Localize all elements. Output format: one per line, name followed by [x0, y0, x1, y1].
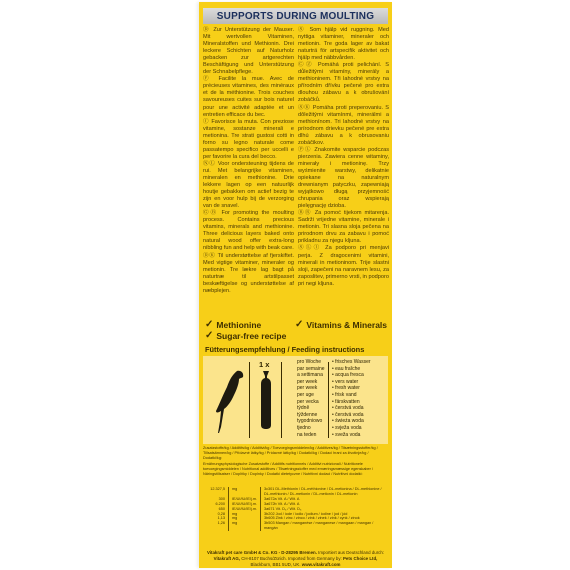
- divider-line: [249, 362, 250, 438]
- feeding-instructions-box: 1 x pro Woche par semaine a settimana pe…: [203, 356, 388, 444]
- divider-line: [328, 362, 329, 438]
- divider-line: [281, 362, 282, 438]
- description-it: Ⓘ Favorisce la muta. Con preziose vitami…: [203, 119, 294, 161]
- additives-header: Zusatzstoffe/kg / Additifs/kg / Additivi…: [203, 446, 388, 461]
- table-row: 1,26 mg 3b503 Mangan / manganèse / manga…: [203, 521, 388, 531]
- header-title: SUPPORTS DURING MOULTING: [217, 11, 374, 22]
- fresh-water-list: • frisches Wasser • eau fraîche • acqua …: [332, 359, 371, 438]
- description-en: ⒼⒷ For promoting the moulting process. C…: [203, 210, 294, 252]
- description-cz: ⒸⓏ Pomáhá proti pelichání. S důležitými …: [298, 62, 389, 104]
- feeding-instructions-title: Fütterungsempfehlung / Feeding instructi…: [205, 345, 364, 354]
- description-dk: ⒹⓀ Til understøttelse af fjerskiftet. Me…: [203, 253, 294, 295]
- description-se: Ⓢ Som hjälp vid ruggning. Med nyttiga vi…: [298, 27, 389, 62]
- feature-checklist: ✓ Methionine ✓ Vitamins & Minerals ✓ Sug…: [205, 319, 389, 341]
- nutritional-additives-header: Ernährungsphysiologische Zusatzstoffe / …: [203, 462, 388, 477]
- description-column-left: Ⓓ Zur Unterstützung der Mauser. Mit wert…: [203, 27, 294, 315]
- description-column-right: Ⓢ Som hjälp vid ruggning. Med nyttiga vi…: [298, 27, 389, 315]
- checkmark-icon: ✓: [295, 319, 303, 330]
- nutrition-table: 12.327,5 mg 3c301 DL-Methionin / DL-méth…: [203, 487, 388, 531]
- description-pl: ⓅⓁ Znakomite wsparcie podczas pierzenia.…: [298, 147, 389, 210]
- feature-vitamins-minerals: ✓ Vitamins & Minerals: [295, 319, 387, 330]
- company-name: Vitakraft pet care GmbH & Co. KG: [207, 550, 277, 555]
- checkmark-icon: ✓: [205, 319, 213, 330]
- treat-stick-icon: [261, 371, 271, 429]
- description-de: Ⓓ Zur Unterstützung der Mauser. Mit wert…: [203, 27, 294, 76]
- manufacturer-footer: Vitakraft pet care GmbH & Co. KG - D-282…: [203, 550, 388, 568]
- description-nl: ⓃⓁ Voor ondersteuning tijdens de rui. Me…: [203, 161, 294, 210]
- parrot-icon: [215, 369, 245, 435]
- website-link: www.vitakraft.com: [302, 562, 341, 567]
- description-si: ⓈⓁⒾ Za podporo pri menjavi perja. Z drag…: [298, 245, 389, 287]
- header-bar: SUPPORTS DURING MOULTING: [203, 8, 388, 24]
- description-fr: Ⓕ Facilite la mue. Avec de précieuses vi…: [203, 76, 294, 118]
- frequency-list: pro Woche par semaine a settimana per we…: [297, 359, 325, 438]
- multilingual-description: Ⓓ Zur Unterstützung der Mauser. Mit wert…: [203, 27, 389, 315]
- description-hr: ⒷⓇ Za pomoć tijekom mitarenja. Sadrži vr…: [298, 210, 389, 245]
- additives-text: Zusatzstoffe/kg / Additifs/kg / Additivi…: [203, 446, 388, 478]
- package-label-panel: SUPPORTS DURING MOULTING Ⓓ Zur Unterstüt…: [199, 2, 392, 568]
- checkmark-icon: ✓: [205, 330, 213, 341]
- dose-label: 1 x: [259, 360, 269, 369]
- feature-sugar-free: ✓ Sugar-free recipe: [205, 330, 286, 341]
- feature-methionine: ✓ Methionine: [205, 319, 295, 330]
- table-row: 12.327,5 mg 3c301 DL-Methionin / DL-méth…: [203, 487, 388, 497]
- description-sk: ⓈⓀ Pomáha proti preperovaniu. S dôležitý…: [298, 105, 389, 147]
